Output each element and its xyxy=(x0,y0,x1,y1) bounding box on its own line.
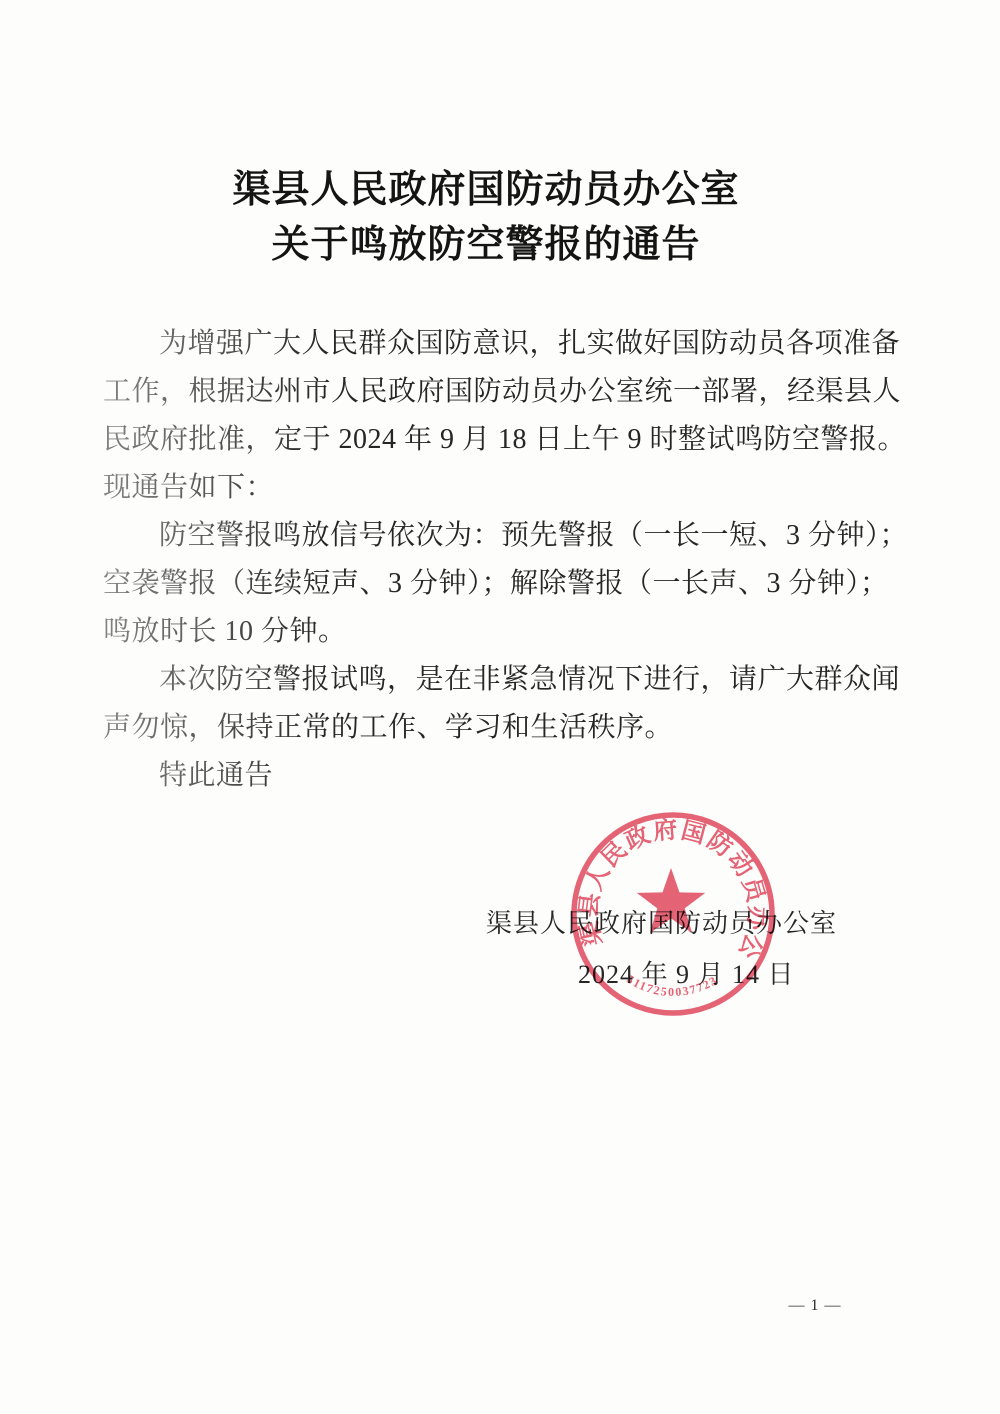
body-line: 现通告如下： xyxy=(103,464,873,512)
body-line: 特此通告 xyxy=(103,752,873,800)
body-line: 民政府批准，定于 2024 年 9 月 18 日上午 9 时整试鸣防空警报。 xyxy=(103,416,873,464)
body-line: 为增强广大人民群众国防意识，扎实做好国防动员各项准备 xyxy=(103,320,873,368)
title-line-2: 关于鸣放防空警报的通告 xyxy=(0,218,986,273)
seal-star-icon xyxy=(637,868,705,933)
notice-body: 为增强广大人民群众国防意识，扎实做好国防动员各项准备 工作，根据达州市人民政府国… xyxy=(103,320,873,800)
body-line: 声勿惊，保持正常的工作、学习和生活秩序。 xyxy=(103,704,873,752)
title-line-1: 渠县人民政府国防动员办公室 xyxy=(0,163,986,218)
body-line: 鸣放时长 10 分钟。 xyxy=(103,608,873,656)
body-line: 工作，根据达州市人民政府国防动员办公室统一部署，经渠县人 xyxy=(103,368,873,416)
page-number: — 1 — xyxy=(760,1297,870,1315)
body-line: 本次防空警报试鸣，是在非紧急情况下进行，请广大群众闻 xyxy=(103,656,873,704)
document-page: 渠县人民政府国防动员办公室 关于鸣放防空警报的通告 为增强广大人民群众国防意识，… xyxy=(0,0,1000,1414)
official-seal: 渠县人民政府国防动员办公室 5117250037723 xyxy=(566,806,780,1020)
notice-title: 渠县人民政府国防动员办公室 关于鸣放防空警报的通告 xyxy=(0,163,986,273)
seal-code-holder: 5117250037723 xyxy=(624,972,720,999)
seal-code: 5117250037723 xyxy=(624,972,720,999)
body-line: 防空警报鸣放信号依次为：预先警报（一长一短、3 分钟）； xyxy=(103,512,873,560)
body-line: 空袭警报（连续短声、3 分钟）；解除警报（一长声、3 分钟）； xyxy=(103,560,873,608)
